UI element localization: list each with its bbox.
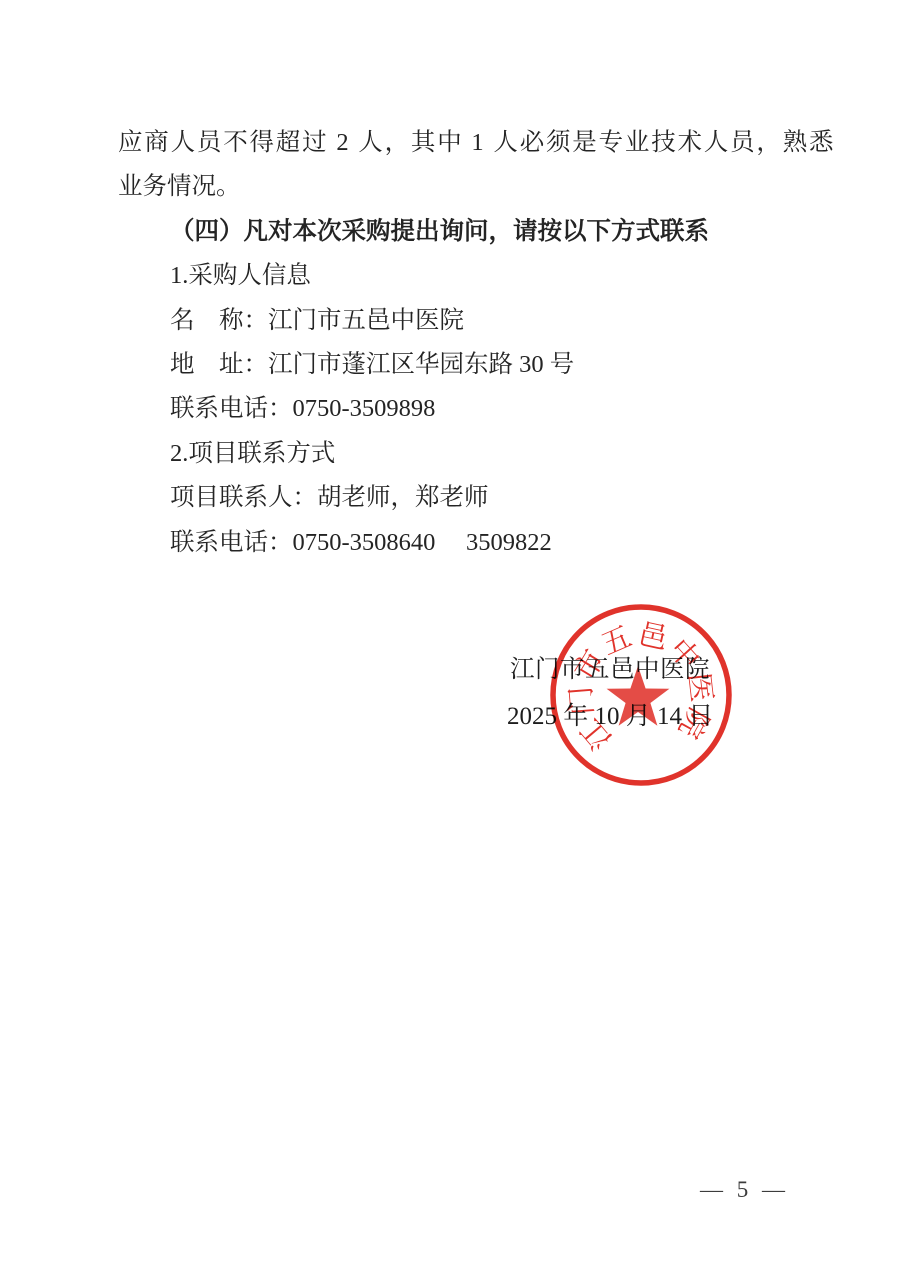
- page: { "page": { "background": "#ffffff", "te…: [0, 0, 900, 1269]
- section-heading-inquiry: （四）凡对本次采购提出询问，请按以下方式联系: [118, 210, 786, 254]
- purchaser-address-line: 地 址：江门市蓬江区华园东路 30 号: [118, 343, 786, 387]
- document-body: 应商人员不得超过 2 人，其中 1 人必须是专业技术人员，熟悉 业务情况。 （四…: [118, 121, 786, 565]
- body-line-supplier-limit: 应商人员不得超过 2 人，其中 1 人必须是专业技术人员，熟悉: [118, 121, 786, 165]
- official-seal-stamp: 江门市五邑中医院: [550, 604, 732, 786]
- purchaser-name-line: 名 称：江门市五邑中医院: [118, 299, 786, 343]
- project-contact-person-line: 项目联系人：胡老师，郑老师: [118, 476, 786, 520]
- seal-star-icon: [607, 666, 670, 726]
- purchaser-section-title: 1.采购人信息: [118, 254, 786, 298]
- body-line-business: 业务情况。: [118, 165, 786, 209]
- project-section-title: 2.项目联系方式: [118, 432, 786, 476]
- project-phone-line: 联系电话：0750-3508640 3509822: [118, 521, 786, 565]
- page-number: — 5 —: [700, 1177, 789, 1203]
- document-sheet: 应商人员不得超过 2 人，其中 1 人必须是专业技术人员，熟悉 业务情况。 （四…: [0, 0, 900, 1269]
- purchaser-phone-line: 联系电话：0750-3509898: [118, 387, 786, 431]
